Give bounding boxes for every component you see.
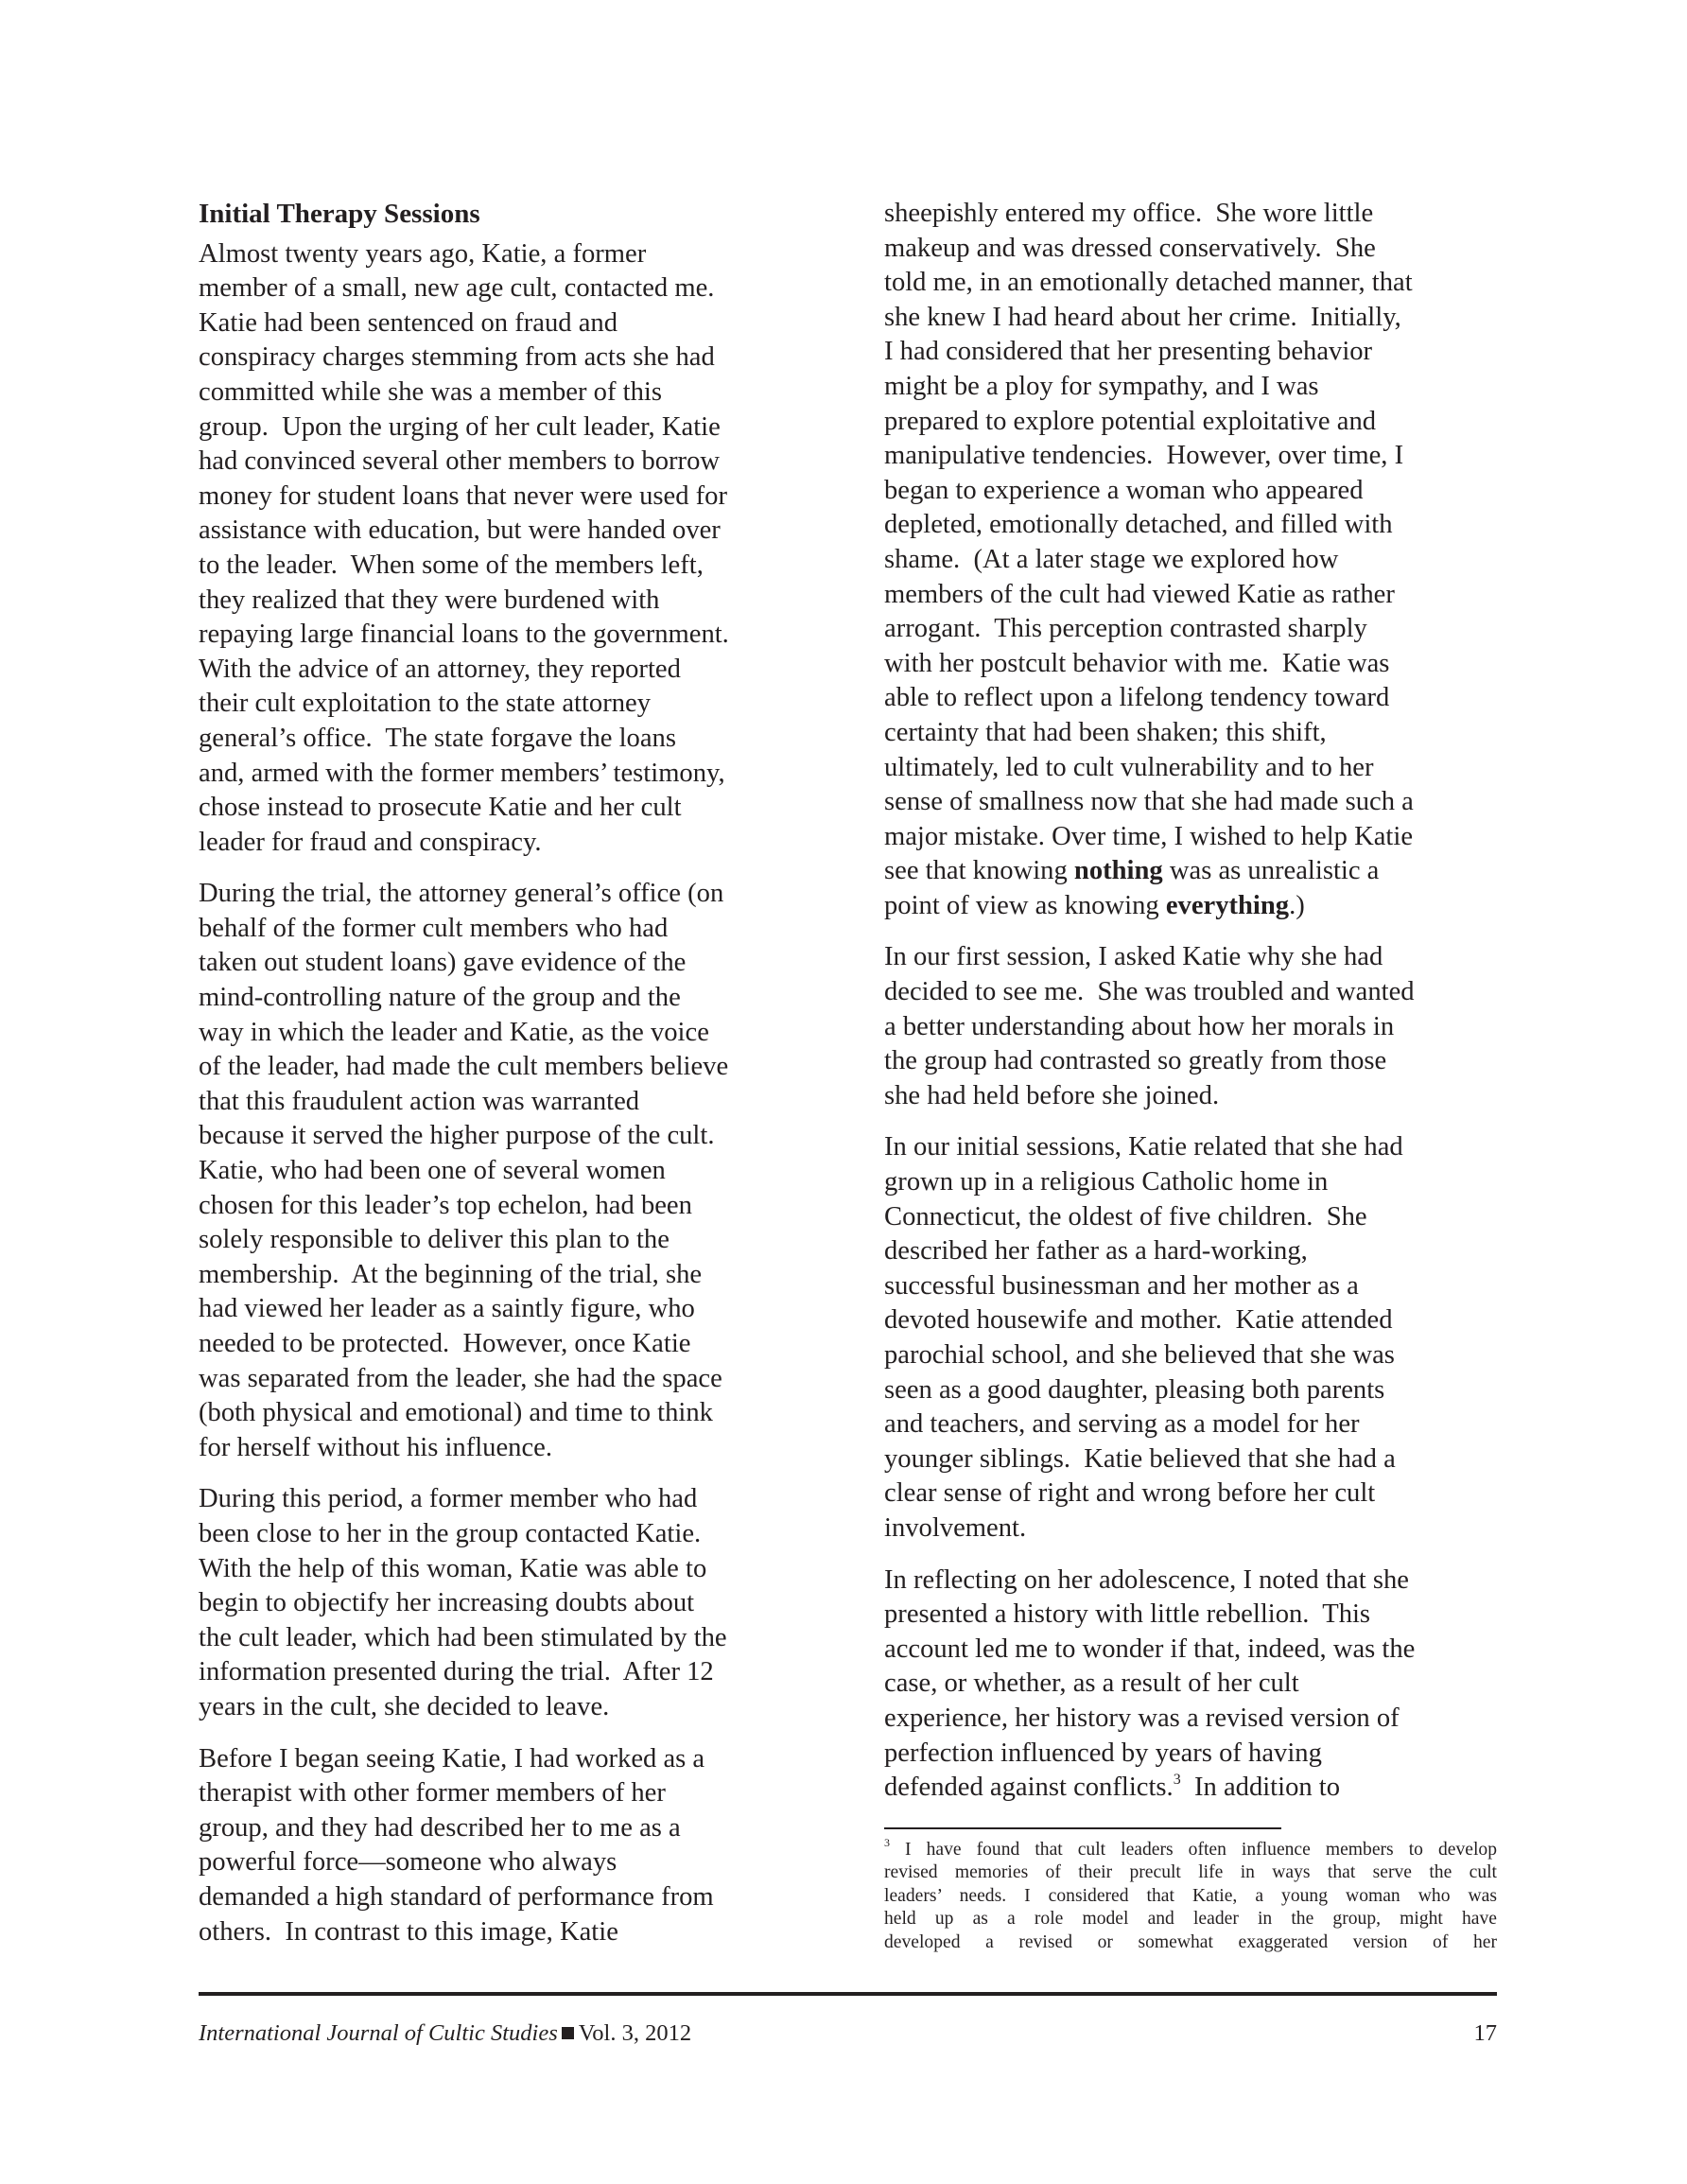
text-line: able to reflect upon a lifelong tendency… bbox=[884, 681, 1499, 716]
text-run: see that knowing bbox=[884, 856, 1074, 885]
text-line: the cult leader, which had been stimulat… bbox=[199, 1621, 804, 1656]
text-line: chose instead to prosecute Katie and her… bbox=[199, 791, 804, 826]
paragraph-lines: sheepishly entered my office. She wore l… bbox=[884, 197, 1499, 854]
text-line: money for student loans that never were … bbox=[199, 480, 804, 515]
text-line: presented a history with little rebellio… bbox=[884, 1598, 1499, 1633]
footnote-marker: 3 bbox=[884, 1836, 890, 1849]
text-line: conspiracy charges stemming from acts sh… bbox=[199, 341, 804, 376]
text-line: general’s office. The state forgave the … bbox=[199, 722, 804, 757]
footnote-line: held up as a role model and leader in th… bbox=[884, 1908, 1497, 1931]
text-line: demanded a high standard of performance … bbox=[199, 1880, 804, 1915]
text-line: manipulative tendencies. However, over t… bbox=[884, 439, 1499, 474]
text-line: leader for fraud and conspiracy. bbox=[199, 826, 804, 861]
text-line: sense of smallness now that she had made… bbox=[884, 785, 1499, 820]
text-line: Almost twenty years ago, Katie, a former bbox=[199, 237, 804, 272]
text-run: defended against conflicts. bbox=[884, 1773, 1174, 1802]
text-line: shame. (At a later stage we explored how bbox=[884, 543, 1499, 578]
footer-rule bbox=[199, 1992, 1497, 1996]
text-line: mind-controlling nature of the group and… bbox=[199, 981, 804, 1016]
text-line: because it served the higher purpose of … bbox=[199, 1119, 804, 1154]
text-line: prepared to explore potential exploitati… bbox=[884, 405, 1499, 440]
paragraph: sheepishly entered my office. She wore l… bbox=[884, 197, 1499, 923]
text-line: told me, in an emotionally detached mann… bbox=[884, 266, 1499, 301]
text-line: clear sense of right and wrong before he… bbox=[884, 1476, 1499, 1511]
text-line: Before I began seeing Katie, I had worke… bbox=[199, 1742, 804, 1777]
text-line: she knew I had heard about her crime. In… bbox=[884, 301, 1499, 336]
paragraph: Before I began seeing Katie, I had worke… bbox=[199, 1742, 804, 1950]
text-line: (both physical and emotional) and time t… bbox=[199, 1396, 804, 1431]
text-line: defended against conflicts.3 In addition… bbox=[884, 1771, 1499, 1806]
square-separator-icon bbox=[562, 2027, 574, 2039]
text-line: seen as a good daughter, pleasing both p… bbox=[884, 1373, 1499, 1408]
emphasis-nothing: nothing bbox=[1074, 856, 1163, 885]
paragraph: In our first session, I asked Katie why … bbox=[884, 940, 1499, 1113]
text-line: group. Upon the urging of her cult leade… bbox=[199, 411, 804, 446]
text-line: others. In contrast to this image, Katie bbox=[199, 1915, 804, 1950]
text-line: decided to see me. She was troubled and … bbox=[884, 975, 1499, 1010]
text-line: depleted, emotionally detached, and fill… bbox=[884, 508, 1499, 543]
text-line: group, and they had described her to me … bbox=[199, 1811, 804, 1846]
paragraph-lines: In our initial sessions, Katie related t… bbox=[884, 1130, 1499, 1546]
text-line: began to experience a woman who appeared bbox=[884, 474, 1499, 509]
text-line: described her father as a hard-working, bbox=[884, 1234, 1499, 1269]
text-line: In our first session, I asked Katie why … bbox=[884, 940, 1499, 975]
page-footer: International Journal of Cultic StudiesV… bbox=[199, 2019, 1497, 2048]
right-column: sheepishly entered my office. She wore l… bbox=[884, 197, 1499, 1823]
text-line: case, or whether, as a result of her cul… bbox=[884, 1667, 1499, 1702]
text-line: makeup and was dressed conservatively. S… bbox=[884, 232, 1499, 267]
text-line: of the leader, had made the cult members… bbox=[199, 1050, 804, 1085]
text-line: In our initial sessions, Katie related t… bbox=[884, 1130, 1499, 1165]
text-run: was as unrealistic a bbox=[1163, 856, 1380, 885]
left-column: Initial Therapy Sessions Almost twenty y… bbox=[199, 197, 804, 1966]
text-line: ultimately, led to cult vulnerability an… bbox=[884, 751, 1499, 786]
text-run: I have found that cult leaders often inf… bbox=[890, 1840, 1497, 1860]
paragraph: In reflecting on her adolescence, I note… bbox=[884, 1564, 1499, 1806]
footnote-line: leaders’ needs. I considered that Katie,… bbox=[884, 1885, 1497, 1908]
text-line: Connecticut, the oldest of five children… bbox=[884, 1200, 1499, 1235]
emphasis-everything: everything bbox=[1166, 891, 1289, 920]
text-line: powerful force—someone who always bbox=[199, 1845, 804, 1880]
paragraph: During the trial, the attorney general’s… bbox=[199, 877, 804, 1465]
text-line: way in which the leader and Katie, as th… bbox=[199, 1016, 804, 1051]
left-paragraphs: Almost twenty years ago, Katie, a former… bbox=[199, 237, 804, 1950]
footnote-line: revised memories of their precult life i… bbox=[884, 1861, 1497, 1884]
text-run: point of view as knowing bbox=[884, 891, 1166, 920]
paragraph: Almost twenty years ago, Katie, a former… bbox=[199, 237, 804, 861]
text-line: grown up in a religious Catholic home in bbox=[884, 1165, 1499, 1200]
text-line: might be a ploy for sympathy, and I was bbox=[884, 370, 1499, 405]
section-heading: Initial Therapy Sessions bbox=[199, 197, 804, 232]
text-line: parochial school, and she believed that … bbox=[884, 1338, 1499, 1373]
paragraph-lines: In our first session, I asked Katie why … bbox=[884, 940, 1499, 1113]
text-line: that this fraudulent action was warrante… bbox=[199, 1085, 804, 1120]
text-run: .) bbox=[1289, 891, 1305, 920]
text-line: needed to be protected. However, once Ka… bbox=[199, 1327, 804, 1362]
footnote-separator bbox=[884, 1827, 1281, 1829]
paragraph: During this period, a former member who … bbox=[199, 1482, 804, 1724]
text-line: and, armed with the former members’ test… bbox=[199, 757, 804, 792]
text-line: I had considered that her presenting beh… bbox=[884, 335, 1499, 370]
text-line: younger siblings. Katie believed that sh… bbox=[884, 1442, 1499, 1477]
text-run: In addition to bbox=[1181, 1773, 1340, 1802]
text-line: devoted housewife and mother. Katie atte… bbox=[884, 1303, 1499, 1338]
text-line: major mistake. Over time, I wished to he… bbox=[884, 820, 1499, 855]
text-line: Katie had been sentenced on fraud and bbox=[199, 306, 804, 341]
text-line: With the advice of an attorney, they rep… bbox=[199, 653, 804, 688]
text-line: their cult exploitation to the state att… bbox=[199, 687, 804, 722]
paragraph: In our initial sessions, Katie related t… bbox=[884, 1130, 1499, 1546]
journal-title: International Journal of Cultic Studies bbox=[199, 2020, 558, 2046]
text-line: taken out student loans) gave evidence o… bbox=[199, 946, 804, 981]
text-line: arrogant. This perception contrasted sha… bbox=[884, 612, 1499, 647]
text-line: they realized that they were burdened wi… bbox=[199, 584, 804, 619]
text-line: experience, her history was a revised ve… bbox=[884, 1702, 1499, 1737]
text-line: point of view as knowing everything.) bbox=[884, 889, 1499, 924]
text-line: she had held before she joined. bbox=[884, 1079, 1499, 1114]
footnote-reference[interactable]: 3 bbox=[1174, 1772, 1181, 1788]
text-line: membership. At the beginning of the tria… bbox=[199, 1258, 804, 1293]
text-line: behalf of the former cult members who ha… bbox=[199, 912, 804, 947]
text-line: was separated from the leader, she had t… bbox=[199, 1362, 804, 1397]
text-line: for herself without his influence. bbox=[199, 1431, 804, 1466]
paragraph-lines: In reflecting on her adolescence, I note… bbox=[884, 1564, 1499, 1772]
text-line: members of the cult had viewed Katie as … bbox=[884, 578, 1499, 613]
text-line: see that knowing nothing was as unrealis… bbox=[884, 854, 1499, 889]
text-line: begin to objectify her increasing doubts… bbox=[199, 1586, 804, 1621]
text-line: and teachers, and serving as a model for… bbox=[884, 1407, 1499, 1442]
footnote-line: 3 I have found that cult leaders often i… bbox=[884, 1839, 1497, 1861]
text-line: successful businessman and her mother as… bbox=[884, 1269, 1499, 1304]
footnote: 3 I have found that cult leaders often i… bbox=[884, 1839, 1497, 1954]
volume-info: Vol. 3, 2012 bbox=[579, 2020, 691, 2046]
text-line: involvement. bbox=[884, 1511, 1499, 1546]
text-line: repaying large financial loans to the go… bbox=[199, 618, 804, 653]
text-line: with her postcult behavior with me. Kati… bbox=[884, 647, 1499, 682]
text-line: sheepishly entered my office. She wore l… bbox=[884, 197, 1499, 232]
footnote-line: developed a revised or somewhat exaggera… bbox=[884, 1931, 1497, 1954]
text-line: years in the cult, she decided to leave. bbox=[199, 1690, 804, 1725]
text-line: had convinced several other members to b… bbox=[199, 445, 804, 480]
text-line: assistance with education, but were hand… bbox=[199, 514, 804, 549]
text-line: account led me to wonder if that, indeed… bbox=[884, 1633, 1499, 1668]
text-line: to the leader. When some of the members … bbox=[199, 549, 804, 584]
text-line: been close to her in the group contacted… bbox=[199, 1517, 804, 1552]
text-line: information presented during the trial. … bbox=[199, 1655, 804, 1690]
text-line: member of a small, new age cult, contact… bbox=[199, 271, 804, 306]
text-line: therapist with other former members of h… bbox=[199, 1776, 804, 1811]
text-line: committed while she was a member of this bbox=[199, 376, 804, 411]
text-line: With the help of this woman, Katie was a… bbox=[199, 1552, 804, 1587]
text-line: In reflecting on her adolescence, I note… bbox=[884, 1564, 1499, 1599]
page-number: 17 bbox=[1474, 2019, 1498, 2048]
text-line: solely responsible to deliver this plan … bbox=[199, 1223, 804, 1258]
text-line: had viewed her leader as a saintly figur… bbox=[199, 1292, 804, 1327]
text-line: During this period, a former member who … bbox=[199, 1482, 804, 1517]
text-line: the group had contrasted so greatly from… bbox=[884, 1044, 1499, 1079]
text-line: Katie, who had been one of several women bbox=[199, 1154, 804, 1189]
text-line: During the trial, the attorney general’s… bbox=[199, 877, 804, 912]
text-line: a better understanding about how her mor… bbox=[884, 1010, 1499, 1045]
text-line: chosen for this leader’s top echelon, ha… bbox=[199, 1189, 804, 1224]
text-line: certainty that had been shaken; this shi… bbox=[884, 716, 1499, 751]
text-line: perfection influenced by years of having bbox=[884, 1737, 1499, 1772]
